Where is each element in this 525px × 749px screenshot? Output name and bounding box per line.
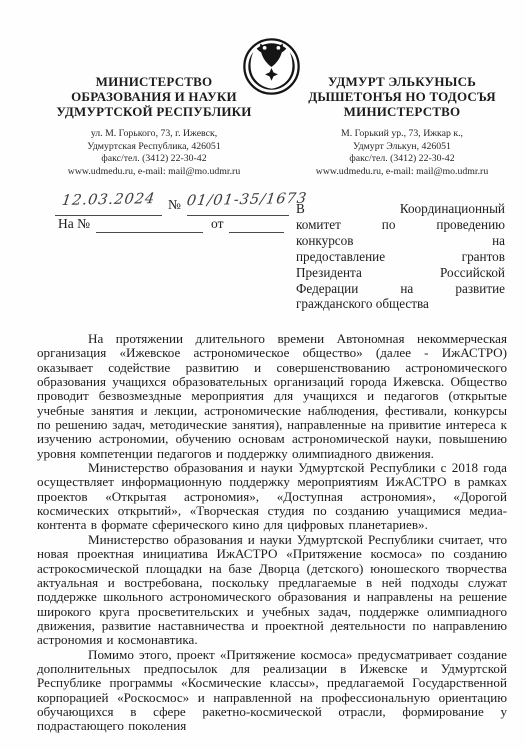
outgoing-reference-row: 12.03.2024 № 01/01-35/1673 — [55, 192, 289, 216]
addressee-line: конкурсов на — [296, 233, 505, 249]
addressee-line: гражданского общества — [296, 296, 505, 312]
body-paragraph: Министерство образования и науки Удмуртс… — [37, 533, 507, 648]
letterhead-udmurt-block: УДМУРТ ЭЛЬКУНЫСЬ ДЫШЕТОНЪЯ НО ТОДОСЪЯ МИ… — [288, 74, 516, 179]
address-line: М. Горький ур., 73, Ижкар к., — [288, 128, 516, 141]
incoming-reference-row: На № от — [58, 216, 284, 233]
ministry-title-line: УДМУРТ ЭЛЬКУНЫСЬ — [288, 74, 516, 89]
body-paragraph: Министерство образования и науки Удмуртс… — [37, 461, 507, 533]
ministry-title-udm: УДМУРТ ЭЛЬКУНЫСЬ ДЫШЕТОНЪЯ НО ТОДОСЪЯ МИ… — [288, 74, 516, 119]
letter-body: На протяжении длительного времени Автоно… — [37, 332, 507, 734]
letter-page: МИНИСТЕРСТВО ОБРАЗОВАНИЯ И НАУКИ УДМУРТС… — [0, 0, 525, 749]
outgoing-number-handwritten: 01/01-35/1673 — [186, 191, 309, 210]
letterhead-russian-block: МИНИСТЕРСТВО ОБРАЗОВАНИЯ И НАУКИ УДМУРТС… — [40, 74, 268, 179]
address-line: факс/тел. (3412) 22-30-42 — [40, 153, 268, 166]
ministry-title-line: ОБРАЗОВАНИЯ И НАУКИ — [40, 89, 268, 104]
address-line: ул. М. Горького, 73, г. Ижевск, — [40, 128, 268, 141]
outgoing-date-handwritten: 12.03.2024 — [61, 191, 157, 209]
ministry-address-udm: М. Горький ур., 73, Ижкар к., Удмурт Эль… — [288, 128, 516, 179]
incoming-number-blank — [96, 217, 203, 233]
addressee-line: Президента Российской — [296, 265, 505, 281]
address-line: Удмурт Элькун, 426051 — [288, 141, 516, 154]
ministry-address-ru: ул. М. Горького, 73, г. Ижевск, Удмуртск… — [40, 128, 268, 179]
addressee-line: комитет по проведению — [296, 217, 505, 233]
ministry-title-line: МИНИСТЕРСТВО — [288, 104, 516, 119]
address-line: www.udmedu.ru, e-mail: mail@mo.udmr.ru — [288, 166, 516, 179]
address-line: Удмуртская Республика, 426051 — [40, 141, 268, 154]
ministry-title-line: УДМУРТСКОЙ РЕСПУБЛИКИ — [40, 104, 268, 119]
incoming-date-label: от — [211, 216, 223, 233]
body-paragraph: Помимо этого, проект «Притяжение космоса… — [37, 648, 507, 734]
ministry-title-line: ДЫШЕТОНЪЯ НО ТОДОСЪЯ — [288, 89, 516, 104]
incoming-number-label: На № — [58, 216, 90, 233]
addressee-line: В Координационный — [296, 201, 505, 217]
ministry-title-ru: МИНИСТЕРСТВО ОБРАЗОВАНИЯ И НАУКИ УДМУРТС… — [40, 74, 268, 119]
address-line: факс/тел. (3412) 22-30-42 — [288, 153, 516, 166]
incoming-date-blank — [229, 217, 284, 233]
addressee-line: Федерации на развитие — [296, 281, 505, 297]
addressee-block: В Координационный комитет по проведению … — [296, 201, 505, 312]
number-sign: № — [168, 197, 181, 216]
body-paragraph: На протяжении длительного времени Автоно… — [37, 332, 507, 461]
outgoing-date-field: 12.03.2024 — [55, 192, 162, 216]
outgoing-number-field: 01/01-35/1673 — [187, 192, 289, 216]
ministry-title-line: МИНИСТЕРСТВО — [40, 74, 268, 89]
addressee-line: предоставление грантов — [296, 249, 505, 265]
address-line: www.udmedu.ru, e-mail: mail@mo.udmr.ru — [40, 166, 268, 179]
